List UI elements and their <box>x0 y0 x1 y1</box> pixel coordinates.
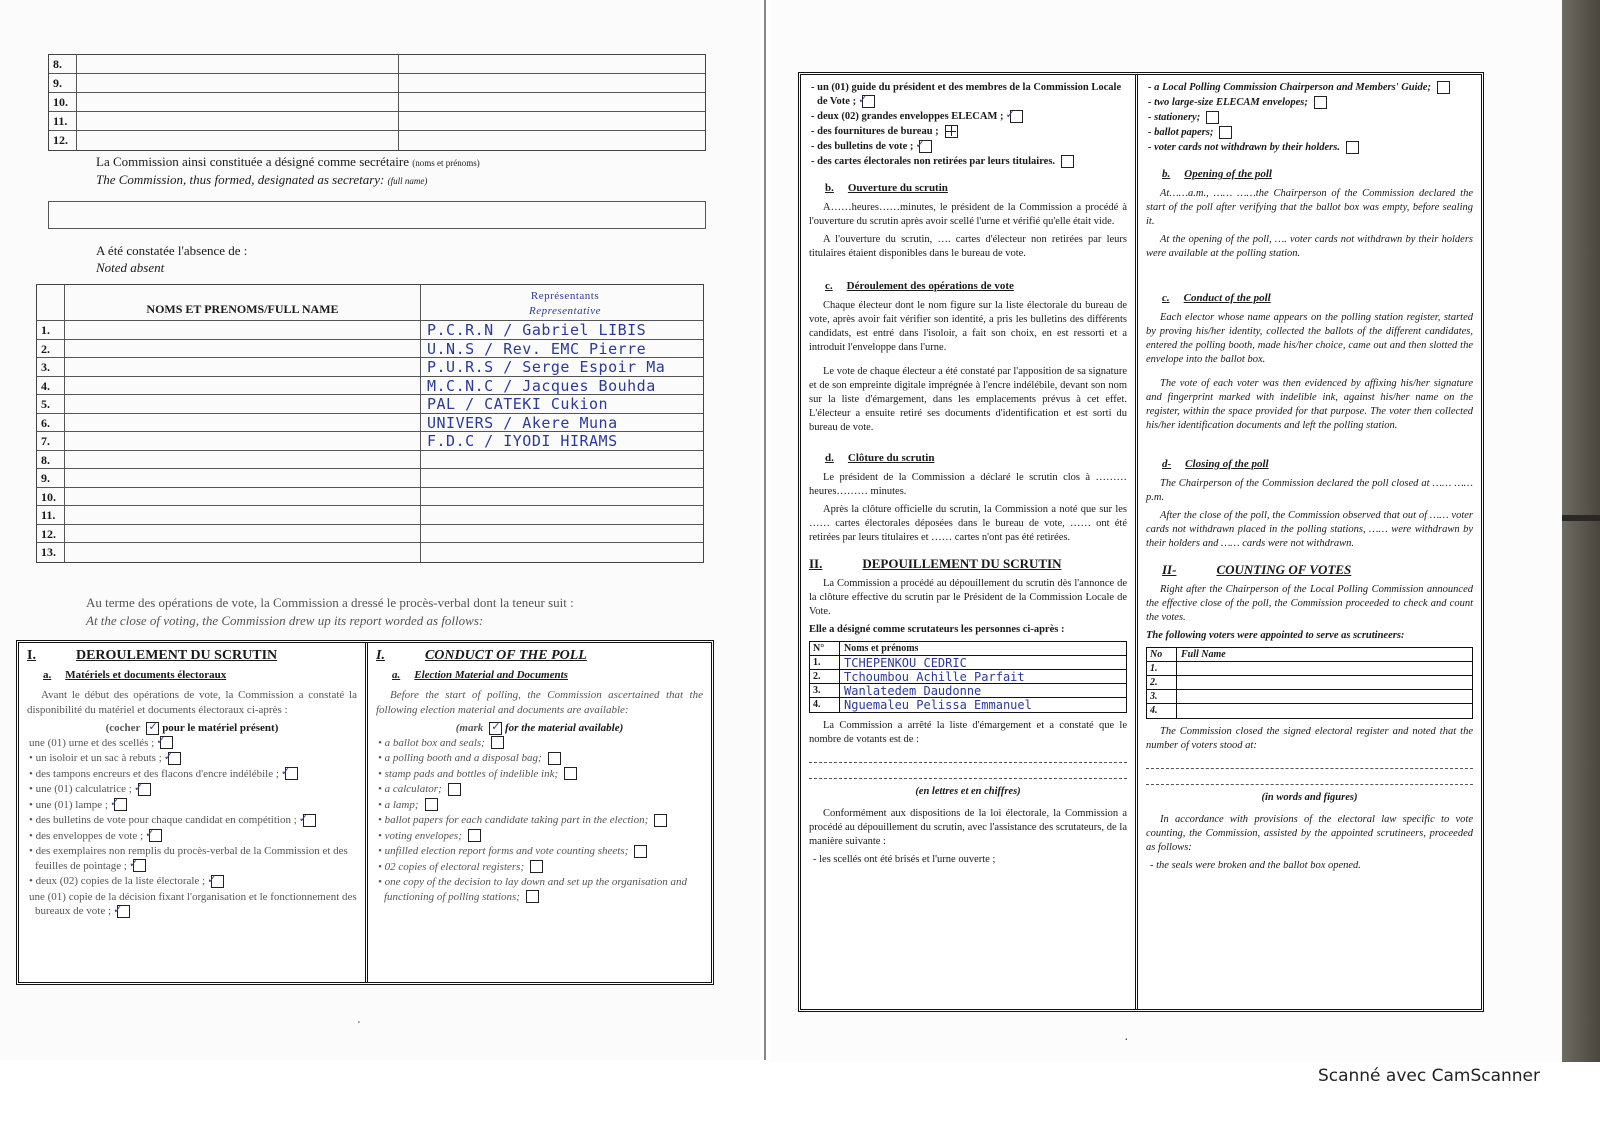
materials-list-fr: une (01) urne et des scellés ;• un isolo… <box>27 736 357 919</box>
secretary-text-fr: La Commission ainsi constituée a désigné… <box>96 154 409 169</box>
secretary-text-en: The Commission, thus formed, designated … <box>96 172 384 187</box>
table-row: 11. <box>49 112 705 131</box>
representative-cell[interactable] <box>421 488 703 506</box>
row-number: 1. <box>1147 662 1177 675</box>
checkbox-icon[interactable] <box>425 798 438 811</box>
row-number: 3. <box>1147 690 1177 703</box>
checked-checkbox-icon[interactable] <box>285 767 298 780</box>
table-row: 12. <box>37 525 703 544</box>
row-number: 3. <box>37 358 65 376</box>
checklist-item: • a polling booth and a disposal bag; <box>376 751 703 766</box>
section-heading: CONDUCT OF THE POLL <box>425 649 587 664</box>
checklist-label: - des bulletins de vote ; <box>811 141 913 152</box>
checklist-label: • a calculator; <box>378 783 442 795</box>
section-number: I. <box>376 649 385 664</box>
rep-cell[interactable] <box>399 74 705 92</box>
representative-cell[interactable]: P.U.R.S / Serge Espoir Ma <box>421 358 703 376</box>
page-mark: · <box>1124 1030 1129 1046</box>
representative-cell[interactable]: U.N.S / Rev. EMC Pierre <box>421 340 703 358</box>
checklist-item: • une (01) calculatrice ; <box>27 782 357 797</box>
header-full-name: NOMS ET PRENOMS/FULL NAME <box>65 285 421 320</box>
scrutineers-table-en: No Full Name 1.2.3.4. <box>1146 647 1473 719</box>
representative-cell[interactable] <box>421 469 703 487</box>
checklist-item: - des bulletins de vote ; <box>809 140 1127 154</box>
scrutineers-header: No Full Name <box>1147 648 1472 662</box>
materials-list-en: • a ballot box and seals;• a polling boo… <box>376 736 703 905</box>
scrutineer-name-cell[interactable]: Tchoumbou Achille Parfait <box>840 670 1126 683</box>
opening-paragraph-1: A……heures……minutes, le président de la C… <box>809 201 1127 229</box>
scrutineer-name-cell[interactable] <box>1177 690 1472 703</box>
checklist-item: • a lamp; <box>376 798 703 813</box>
absent-name-cell[interactable] <box>65 543 421 562</box>
representative-cell[interactable]: PAL / CATEKI Cukion <box>421 395 703 413</box>
name-cell[interactable] <box>77 74 399 92</box>
row-number: 3. <box>810 684 840 697</box>
scrutineer-row: 1.TCHEPENKOU CEDRIC <box>810 656 1126 670</box>
header-no: No <box>1147 648 1177 661</box>
subsection-heading: Closing of the poll <box>1185 457 1268 471</box>
absent-name-cell[interactable] <box>65 451 421 469</box>
section-number: II. <box>809 557 822 571</box>
section-title: II- COUNTING OF VOTES <box>1162 563 1473 577</box>
subsection-letter: a. <box>392 668 400 683</box>
checklist-item: • voting envelopes; <box>376 829 703 844</box>
voters-count-field[interactable] <box>1146 759 1473 769</box>
checked-checkbox-icon[interactable] <box>919 140 932 153</box>
checklist-item: • une (01) lampe ; <box>27 798 357 813</box>
checkbox-icon[interactable] <box>448 783 461 796</box>
edge-notch <box>1562 515 1600 521</box>
voters-count-note: (en lettres et en chiffres) <box>809 785 1127 799</box>
checked-checkbox-icon[interactable] <box>114 798 127 811</box>
subsection-title: b. Opening of the poll <box>1162 167 1473 181</box>
absent-name-cell[interactable] <box>65 377 421 395</box>
absent-name-cell[interactable] <box>65 321 421 339</box>
row-number: 4. <box>37 377 65 395</box>
section-heading: COUNTING OF VOTES <box>1216 563 1351 577</box>
row-number: 12. <box>49 131 77 150</box>
representative-cell[interactable]: M.C.N.C / Jacques Bouhda <box>421 377 703 395</box>
subsection-heading: Conduct of the poll <box>1184 291 1271 305</box>
check-instruction: (mark for the material available) <box>376 721 703 736</box>
checklist-item: • a calculator; <box>376 782 703 797</box>
scrutineer-name-cell[interactable]: Wanlatedem Daudonne <box>840 684 1126 697</box>
row-number: 10. <box>37 488 65 506</box>
checklist-label: • a lamp; <box>378 799 419 811</box>
checklist-item: • deux (02) copies de la liste électoral… <box>27 874 357 889</box>
subsection-letter: c. <box>825 279 833 293</box>
table-row: 12. <box>49 131 705 150</box>
scrutineers-header: N° Noms et prénoms <box>810 642 1126 656</box>
instruction-pre: (cocher <box>106 722 141 734</box>
name-cell[interactable] <box>77 55 399 73</box>
checklist-item: • des bulletins de vote pour chaque cand… <box>27 813 357 828</box>
row-number: 11. <box>49 112 77 130</box>
representative-cell[interactable] <box>421 525 703 543</box>
checklist-label: • ballot papers for each candidate takin… <box>378 814 648 826</box>
checklist-item: • 02 copies of electoral registers; <box>376 860 703 875</box>
checklist-item: - des fournitures de bureau ; <box>809 125 1127 139</box>
camscanner-watermark: Scanné avec CamScanner <box>1318 1066 1540 1086</box>
section-title: I. CONDUCT OF THE POLL <box>376 649 703 664</box>
section-one-fr: I. DEROULEMENT DU SCRUTIN a. Matériels e… <box>19 643 365 982</box>
voters-count-field[interactable] <box>809 753 1127 763</box>
row-number: 8. <box>37 451 65 469</box>
absent-name-cell[interactable] <box>65 469 421 487</box>
subsection-letter: b. <box>825 181 834 195</box>
materials-list-fr-cont: - un (01) guide du président et des memb… <box>809 81 1127 169</box>
checked-checkbox-icon[interactable] <box>138 783 151 796</box>
closing-paragraph-2: After the close of the poll, the Commiss… <box>1146 509 1473 551</box>
checked-checkbox-icon[interactable] <box>168 752 181 765</box>
checklist-label: • a ballot box and seals; <box>378 737 485 749</box>
section-one-box: I. DEROULEMENT DU SCRUTIN a. Matériels e… <box>16 640 714 985</box>
section-heading: DEPOUILLEMENT DU SCRUTIN <box>862 557 1061 571</box>
row-number: 12. <box>37 525 65 543</box>
table-row: 8. <box>49 55 705 74</box>
checkbox-icon[interactable] <box>530 860 543 873</box>
checklist-label: - voter cards not withdrawn by their hol… <box>1148 142 1340 153</box>
checked-checkbox-icon[interactable] <box>133 859 146 872</box>
secretary-field[interactable] <box>48 201 706 229</box>
scrutineer-row: 3.Wanlatedem Daudonne <box>810 684 1126 698</box>
representative-cell[interactable] <box>421 543 703 562</box>
row-number: 8. <box>49 55 77 73</box>
voters-count-note: (in words and figures) <box>1146 791 1473 805</box>
sample-checkbox-icon <box>489 722 502 735</box>
right-column-fr: - un (01) guide du président et des memb… <box>801 75 1135 1009</box>
subsection-letter: d- <box>1162 457 1171 471</box>
counting-paragraph-1: La Commission a procédé au dépouillement… <box>809 577 1127 619</box>
table-row: 8. <box>37 451 703 470</box>
section-title: II. DEPOUILLEMENT DU SCRUTIN <box>809 557 1127 571</box>
conduct-paragraph-1: Chaque électeur dont le nom figure sur l… <box>809 299 1127 355</box>
checklist-label: • 02 copies of electoral registers; <box>378 861 524 873</box>
scrutineer-name-cell[interactable] <box>1177 676 1472 689</box>
section-two-box: - un (01) guide du président et des memb… <box>798 72 1484 1012</box>
subsection-title: d- Closing of the poll <box>1162 457 1473 471</box>
absent-table-header: NOMS ET PRENOMS/FULL NAME Représentants … <box>37 285 703 321</box>
materials-intro: Avant le début des opérations de vote, l… <box>27 688 357 717</box>
checklist-label: - two large-size ELECAM envelopes; <box>1148 97 1308 108</box>
row-number: 2. <box>1147 676 1177 689</box>
checklist-item: - a Local Polling Commission Chairperson… <box>1146 81 1473 95</box>
scrutineer-name-cell[interactable] <box>1177 704 1472 718</box>
checklist-label: • une (01) calculatrice ; <box>29 783 132 795</box>
materials-intro: Before the start of polling, the Commiss… <box>376 688 703 717</box>
checklist-item: - stationery; <box>1146 111 1473 125</box>
scrutineer-row: 4. <box>1147 704 1472 718</box>
checklist-label: • des exemplaires non remplis du procès-… <box>29 845 348 872</box>
opening-paragraph-1: At……a.m., …… ……the Chairperson of the Co… <box>1146 187 1473 229</box>
section-number: I. <box>27 649 36 664</box>
count-procedure-item: - les scellés ont été brisés et l'urne o… <box>809 853 1127 867</box>
row-number: 10. <box>49 93 77 111</box>
checklist-label: • des tampons encreurs et des flacons d'… <box>29 768 279 780</box>
absent-label-fr: A été constatée l'absence de : <box>96 242 247 259</box>
checklist-item: • stamp pads and bottles of indelible in… <box>376 767 703 782</box>
instruction-pre: (mark <box>456 722 484 734</box>
subsection-heading: Opening of the poll <box>1184 167 1272 181</box>
row-number: 5. <box>37 395 65 413</box>
checklist-item: - two large-size ELECAM envelopes; <box>1146 96 1473 110</box>
subsection-letter: c. <box>1162 291 1170 305</box>
instruction-post: for the material available) <box>505 722 623 734</box>
counting-paragraph-2: Elle a désigné comme scrutateurs les per… <box>809 623 1127 637</box>
report-intro-en: At the close of voting, the Commission d… <box>86 612 483 629</box>
table-row: 5.PAL / CATEKI Cukion <box>37 395 703 414</box>
secretary-label-en: The Commission, thus formed, designated … <box>96 171 427 190</box>
representative-cell[interactable]: P.C.R.N / Gabriel LIBIS <box>421 321 703 339</box>
checkbox-icon[interactable] <box>654 814 667 827</box>
absent-name-cell[interactable] <box>65 414 421 432</box>
checklist-label: une (01) urne et des scellés ; <box>29 737 154 749</box>
secretary-label-fr: La Commission ainsi constituée a désigné… <box>96 153 480 172</box>
scan-mark: ' <box>358 1020 360 1031</box>
scrutineer-row: 3. <box>1147 690 1472 704</box>
checkbox-icon[interactable] <box>564 767 577 780</box>
representative-cell[interactable] <box>421 451 703 469</box>
scrutineer-name-cell[interactable] <box>1177 662 1472 675</box>
right-column-en: - a Local Polling Commission Chairperson… <box>1135 75 1481 1009</box>
voters-count-text: La Commission a arrêté la liste d'émarge… <box>809 719 1127 747</box>
table-row: 1.P.C.R.N / Gabriel LIBIS <box>37 321 703 340</box>
header-rep-en: Representative <box>427 304 703 319</box>
checklist-item: • des exemplaires non remplis du procès-… <box>27 844 357 873</box>
checklist-item: • a ballot box and seals; <box>376 736 703 751</box>
header-rep-fr: Représentants <box>427 289 703 304</box>
section-title: I. DEROULEMENT DU SCRUTIN <box>27 649 357 664</box>
absent-table: NOMS ET PRENOMS/FULL NAME Représentants … <box>36 284 704 563</box>
checked-checkbox-icon[interactable] <box>862 95 875 108</box>
scrutineer-name-cell[interactable]: TCHEPENKOU CEDRIC <box>840 656 1126 669</box>
members-table: 8. 9. 10. 11. 12. <box>48 54 706 151</box>
representative-cell[interactable]: UNIVERS / Akere Muna <box>421 414 703 432</box>
table-row: 9. <box>37 469 703 488</box>
subsection-title: d. Clôture du scrutin <box>825 451 1127 465</box>
absent-label-en: Noted absent <box>96 259 164 276</box>
rep-cell[interactable] <box>399 93 705 111</box>
table-row: 10. <box>49 93 705 112</box>
checklist-item: • unfilled election report forms and vot… <box>376 844 703 859</box>
scrutineer-row: 2. <box>1147 676 1472 690</box>
checklist-item: - des cartes électorales non retirées pa… <box>809 155 1127 169</box>
counting-paragraph-2: The following voters were appointed to s… <box>1146 629 1473 643</box>
table-row: 11. <box>37 506 703 525</box>
checklist-item: - un (01) guide du président et des memb… <box>809 81 1127 109</box>
checkbox-icon[interactable] <box>468 829 481 842</box>
header-name: Noms et prénoms <box>840 642 1126 655</box>
checklist-item: - deux (02) grandes enveloppes ELECAM ; <box>809 110 1127 124</box>
checklist-item: • des enveloppes de vote ; <box>27 829 357 844</box>
checkbox-icon[interactable] <box>1206 111 1219 124</box>
rep-cell[interactable] <box>399 131 705 150</box>
opening-paragraph-2: At the opening of the poll, …. voter car… <box>1146 233 1473 261</box>
subsection-heading: Clôture du scrutin <box>848 451 935 465</box>
scrutineers-body-fr: 1.TCHEPENKOU CEDRIC2.Tchoumbou Achille P… <box>810 656 1126 712</box>
checklist-label: • des bulletins de vote pour chaque cand… <box>29 814 297 826</box>
table-row: 3.P.U.R.S / Serge Espoir Ma <box>37 358 703 377</box>
subsection-letter: b. <box>1162 167 1170 181</box>
section-one-en: I. CONDUCT OF THE POLL a. Election Mater… <box>365 643 711 982</box>
count-procedure-text: In accordance with provisions of the ele… <box>1146 813 1473 855</box>
checkbox-icon[interactable] <box>1314 96 1327 109</box>
checklist-label: • un isoloir et un sac à rebuts ; <box>29 752 162 764</box>
absent-name-cell[interactable] <box>65 506 421 524</box>
instruction-post: pour le matériel présent) <box>162 722 278 734</box>
count-procedure-text: Conformément aux dispositions de la loi … <box>809 807 1127 849</box>
scrutineer-row: 1. <box>1147 662 1472 676</box>
closing-paragraph-1: Le président de la Commission a déclaré … <box>809 471 1127 499</box>
representative-cell[interactable] <box>421 506 703 524</box>
table-row: 10. <box>37 488 703 507</box>
checklist-item: • ballot papers for each candidate takin… <box>376 813 703 828</box>
conduct-paragraph-1: Each elector whose name appears on the p… <box>1146 311 1473 367</box>
absent-name-cell[interactable] <box>65 525 421 543</box>
table-row: 6.UNIVERS / Akere Muna <box>37 414 703 433</box>
checklist-label: - des cartes électorales non retirées pa… <box>811 156 1055 167</box>
checklist-label: • a polling booth and a disposal bag; <box>378 752 542 764</box>
table-row: 4.M.C.N.C / Jacques Bouhda <box>37 377 703 396</box>
subsection-title: c. Déroulement des opérations de vote <box>825 279 1127 293</box>
scan-background-edge <box>1562 0 1600 1062</box>
name-cell[interactable] <box>77 93 399 111</box>
closing-paragraph-2: Après la clôture officielle du scrutin, … <box>809 503 1127 545</box>
absent-name-cell[interactable] <box>65 358 421 376</box>
row-number: 1. <box>37 321 65 339</box>
voters-count-field-2[interactable] <box>1146 775 1473 785</box>
row-number: 9. <box>37 469 65 487</box>
row-number: 2. <box>37 340 65 358</box>
checked-checkbox-icon[interactable] <box>303 814 316 827</box>
report-intro-fr: Au terme des opérations de vote, la Comm… <box>86 594 574 611</box>
row-number: 7. <box>37 432 65 450</box>
header-num <box>37 285 65 320</box>
checkbox-icon[interactable] <box>1061 155 1074 168</box>
checkbox-icon[interactable] <box>945 125 958 138</box>
checked-checkbox-icon[interactable] <box>149 829 162 842</box>
conduct-paragraph-2: The vote of each voter was then evidence… <box>1146 377 1473 433</box>
secretary-note-fr: (noms et prénoms) <box>412 158 480 168</box>
row-number: 2. <box>810 670 840 683</box>
scrutineer-row: 4.Nguemaleu Pelissa Emmanuel <box>810 698 1126 712</box>
table-row: 13. <box>37 543 703 562</box>
checklist-label: • une (01) lampe ; <box>29 799 108 811</box>
checklist-label: • voting envelopes; <box>378 830 462 842</box>
materials-list-en-cont: - a Local Polling Commission Chairperson… <box>1146 81 1473 155</box>
checkbox-icon[interactable] <box>491 736 504 749</box>
checklist-item: - ballot papers; <box>1146 126 1473 140</box>
checkbox-icon[interactable] <box>1219 126 1232 139</box>
check-instruction: (cocher pour le matériel présent) <box>27 721 357 736</box>
table-row: 9. <box>49 74 705 93</box>
row-number: 11. <box>37 506 65 524</box>
checkbox-icon[interactable] <box>1346 141 1359 154</box>
absent-name-cell[interactable] <box>65 432 421 450</box>
voters-count-field-2[interactable] <box>809 769 1127 779</box>
subsection-heading: Déroulement des opérations de vote <box>847 279 1014 293</box>
counting-paragraph-1: Right after the Chairperson of the Local… <box>1146 583 1473 625</box>
count-procedure-item: - the seals were broken and the ballot b… <box>1146 859 1473 873</box>
representative-cell[interactable]: F.D.C / IYODI HIRAMS <box>421 432 703 450</box>
absent-name-cell[interactable] <box>65 395 421 413</box>
checklist-label: - stationery; <box>1148 112 1200 123</box>
header-name: Full Name <box>1177 648 1472 661</box>
subsection-heading: Election Material and Documents <box>414 668 568 683</box>
scrutineers-table-fr: N° Noms et prénoms 1.TCHEPENKOU CEDRIC2.… <box>809 641 1127 713</box>
subsection-title: c. Conduct of the poll <box>1162 291 1473 305</box>
book-spine <box>764 0 766 1060</box>
checklist-item: une (01) urne et des scellés ; <box>27 736 357 751</box>
sample-checkbox-icon <box>146 722 159 735</box>
absent-name-cell[interactable] <box>65 340 421 358</box>
checkbox-icon[interactable] <box>634 845 647 858</box>
subsection-heading: Ouverture du scrutin <box>848 181 948 195</box>
row-number: 13. <box>37 543 65 562</box>
rep-cell[interactable] <box>399 55 705 73</box>
checklist-label: • deux (02) copies de la liste électoral… <box>29 875 205 887</box>
scrutineer-name-cell[interactable]: Nguemaleu Pelissa Emmanuel <box>840 698 1126 712</box>
checked-checkbox-icon[interactable] <box>1010 110 1023 123</box>
checklist-label: - des fournitures de bureau ; <box>811 126 939 137</box>
checklist-label: - deux (02) grandes enveloppes ELECAM ; <box>811 111 1004 122</box>
section-number: II- <box>1162 563 1176 577</box>
row-number: 4. <box>810 698 840 712</box>
checklist-item: une (01) copie de la décision fixant l'o… <box>27 890 357 919</box>
header-no: N° <box>810 642 840 655</box>
opening-paragraph-2: A l'ouverture du scrutin, …. cartes d'él… <box>809 233 1127 261</box>
subsection-letter: d. <box>825 451 834 465</box>
absent-table-body: 1.P.C.R.N / Gabriel LIBIS2.U.N.S / Rev. … <box>37 321 703 562</box>
absent-name-cell[interactable] <box>65 488 421 506</box>
name-cell[interactable] <box>77 131 399 150</box>
name-cell[interactable] <box>77 112 399 130</box>
subsection-letter: a. <box>43 668 51 683</box>
voters-count-text: The Commission closed the signed elector… <box>1146 725 1473 753</box>
checked-checkbox-icon[interactable] <box>117 905 130 918</box>
scrutineer-row: 2.Tchoumbou Achille Parfait <box>810 670 1126 684</box>
checkbox-icon[interactable] <box>548 752 561 765</box>
checklist-item: • des tampons encreurs et des flacons d'… <box>27 767 357 782</box>
subsection-title: a. Matériels et documents électoraux <box>43 668 357 683</box>
row-number: 1. <box>810 656 840 669</box>
checked-checkbox-icon[interactable] <box>211 875 224 888</box>
checkbox-icon[interactable] <box>1437 81 1450 94</box>
row-number: 6. <box>37 414 65 432</box>
checkbox-icon[interactable] <box>526 890 539 903</box>
checklist-label: - a Local Polling Commission Chairperson… <box>1148 82 1431 93</box>
left-page: 8. 9. 10. 11. 12. La Commission ainsi co… <box>0 0 760 1060</box>
row-number: 4. <box>1147 704 1177 718</box>
checklist-label: • stamp pads and bottles of indelible in… <box>378 768 558 780</box>
table-row: 7.F.D.C / IYODI HIRAMS <box>37 432 703 451</box>
section-heading: DEROULEMENT DU SCRUTIN <box>76 649 277 664</box>
checked-checkbox-icon[interactable] <box>160 736 173 749</box>
table-row: 2.U.N.S / Rev. EMC Pierre <box>37 340 703 359</box>
subsection-heading: Matériels et documents électoraux <box>65 668 226 683</box>
rep-cell[interactable] <box>399 112 705 130</box>
conduct-paragraph-2: Le vote de chaque électeur a été constat… <box>809 365 1127 435</box>
row-number: 9. <box>49 74 77 92</box>
checklist-item: - voter cards not withdrawn by their hol… <box>1146 141 1473 155</box>
scrutineers-body-en: 1.2.3.4. <box>1147 662 1472 718</box>
checklist-label: • des enveloppes de vote ; <box>29 830 143 842</box>
secretary-note-en: (full name) <box>388 176 428 186</box>
checklist-item: • one copy of the decision to lay down a… <box>376 875 703 904</box>
subsection-title: b. Ouverture du scrutin <box>825 181 1127 195</box>
checklist-label: - ballot papers; <box>1148 127 1213 138</box>
subsection-title: a. Election Material and Documents <box>392 668 703 683</box>
